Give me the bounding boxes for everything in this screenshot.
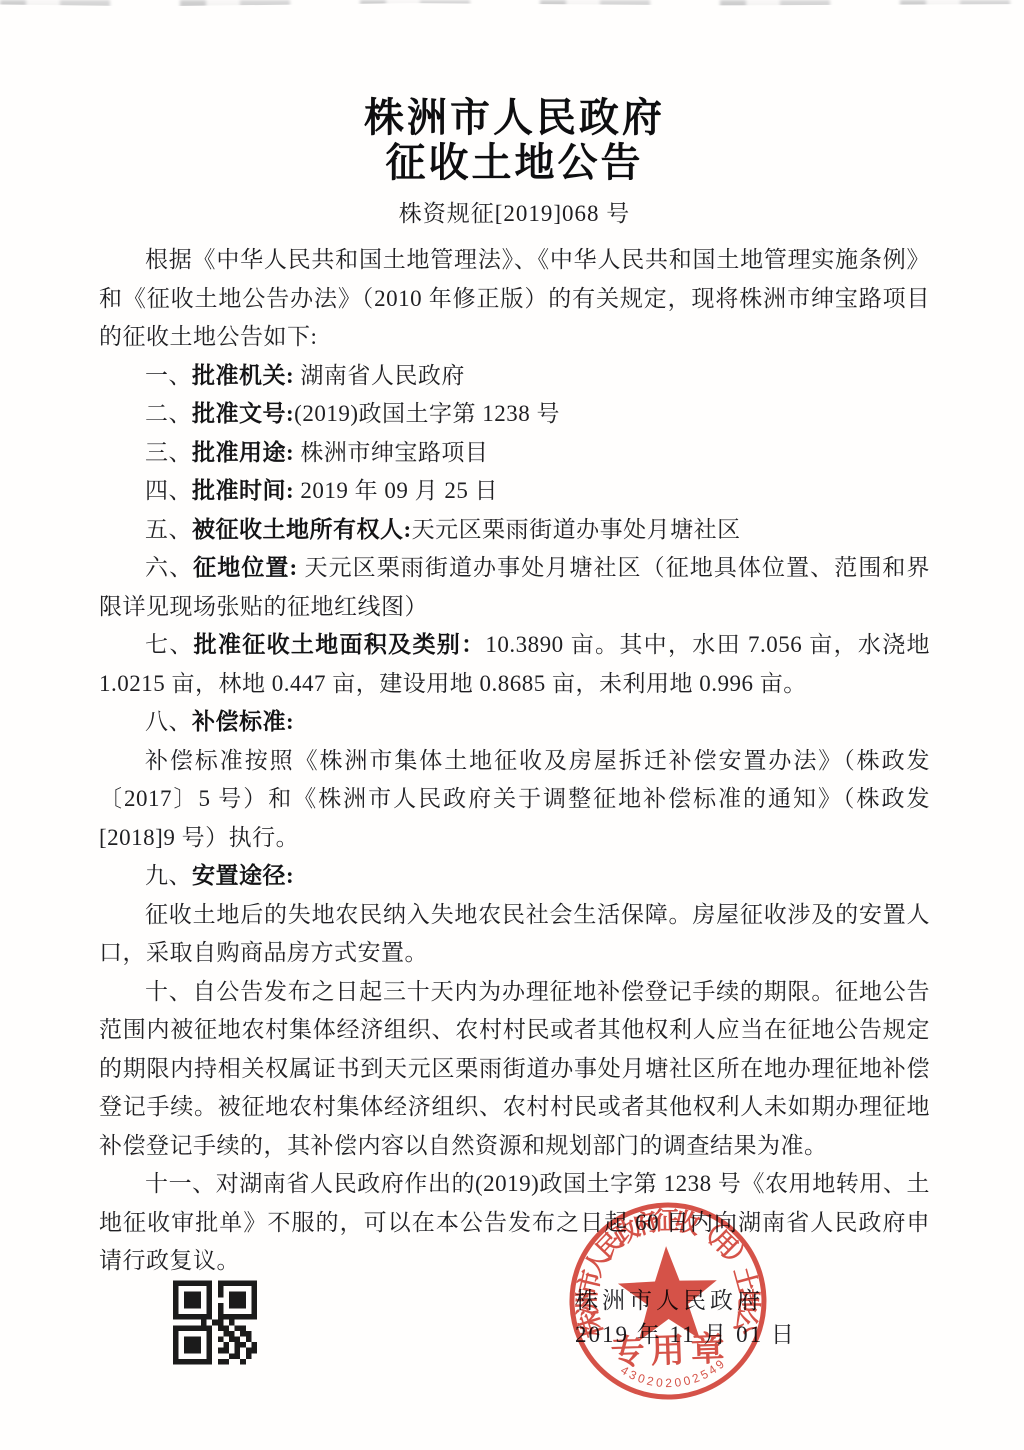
paragraph: 五、被征收土地所有权人:天元区栗雨街道办事处月塘社区: [99, 511, 930, 550]
scan-artifact-top: [0, 0, 1024, 9]
document-title-line2: 征收土地公告: [99, 141, 930, 186]
paragraph: 根据《中华人民共和国土地管理法》、《中华人民共和国土地管理实施条例》和《征收土地…: [99, 241, 930, 357]
document-body: 根据《中华人民共和国土地管理法》、《中华人民共和国土地管理实施条例》和《征收土地…: [99, 241, 930, 1281]
official-seal: 株洲市人民政府征收（用）土地公告 专用章 4302020025498: [559, 1192, 778, 1411]
paragraph: 征收土地后的失地农民纳入失地农民社会生活保障。房屋征收涉及的安置人口，采取自购商…: [99, 896, 930, 973]
scanned-document-page: 株洲市人民政府 征收土地公告 株资规征[2019]068 号 根据《中华人民共和…: [0, 0, 1024, 1450]
document-number: 株资规征[2019]068 号: [99, 195, 930, 228]
seal-star-icon: [617, 1244, 719, 1341]
paragraph: 四、批准时间: 2019 年 09 月 25 日: [99, 472, 930, 511]
paragraph: 六、征地位置: 天元区栗雨街道办事处月塘社区（征地具体位置、范围和界限详见现场张…: [99, 549, 930, 626]
paragraph: 补偿标准按照《株洲市集体土地征收及房屋拆迁补偿安置办法》（株政发〔2017〕5 …: [99, 742, 930, 858]
paragraph: 二、批准文号:(2019)政国土字第 1238 号: [99, 395, 930, 434]
paragraph: 十一、对湖南省人民政府作出的(2019)政国土字第 1238 号《农用地转用、土…: [99, 1165, 930, 1281]
paragraph: 七、批准征收土地面积及类别：10.3890 亩。其中，水田 7.056 亩，水浇…: [99, 626, 930, 703]
paragraph: 一、批准机关: 湖南省人民政府: [99, 357, 930, 396]
document-title-line1: 株洲市人民政府: [99, 96, 930, 141]
paragraph: 八、补偿标准:: [99, 703, 930, 742]
document-content: 株洲市人民政府 征收土地公告 株资规征[2019]068 号 根据《中华人民共和…: [99, 96, 930, 1281]
paragraph: 九、安置途径:: [99, 857, 930, 896]
paragraph: 三、批准用途: 株洲市绅宝路项目: [99, 434, 930, 473]
paragraph: 十、自公告发布之日起三十天内为办理征地补偿登记手续的期限。征地公告范围内被征地农…: [99, 973, 930, 1166]
qr-code: [173, 1280, 257, 1365]
